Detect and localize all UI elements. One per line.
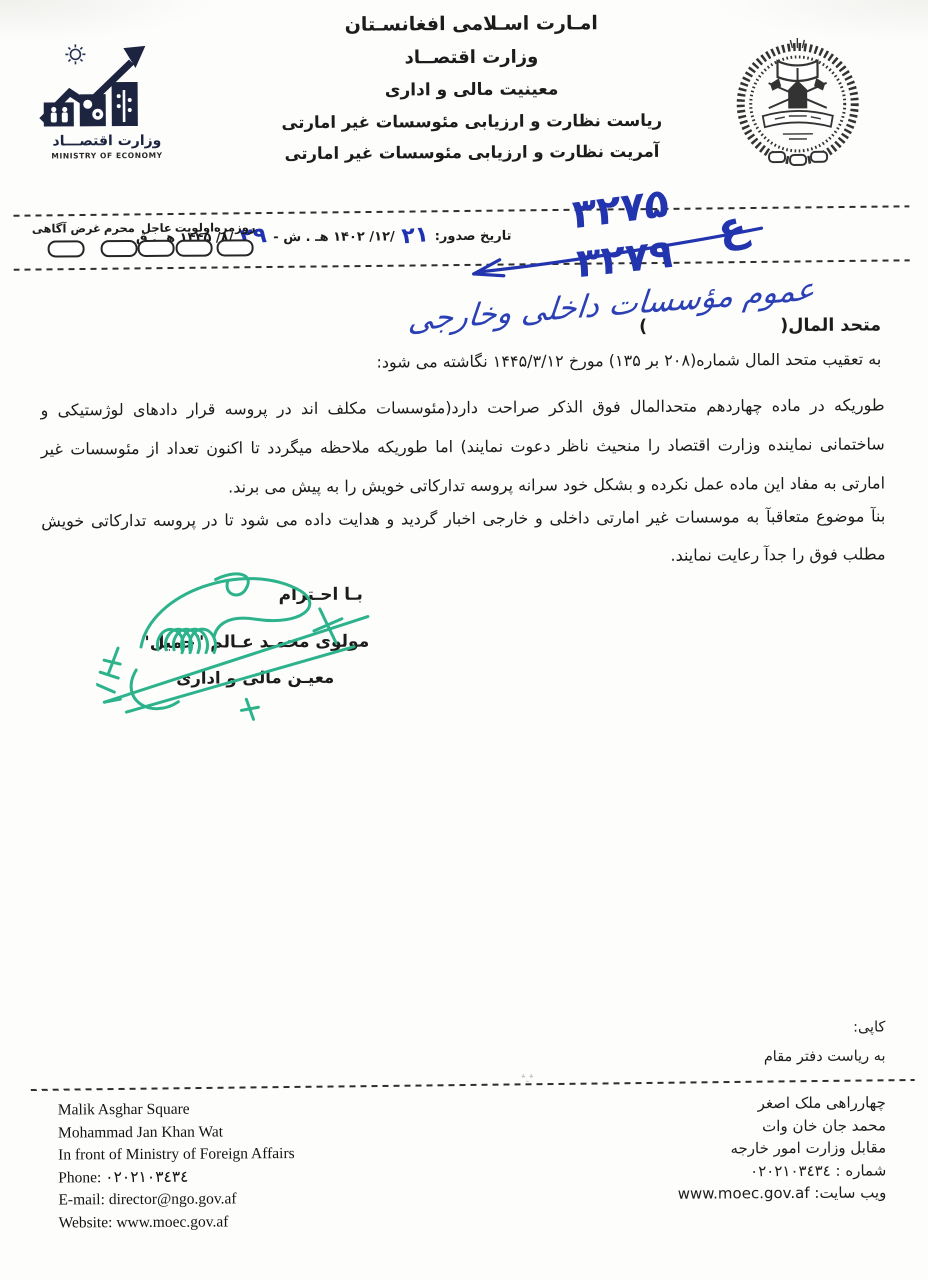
letterhead-line-directorate: ریاست نظارت و ارزیابی مئوسسات غیر امارتی <box>235 110 709 132</box>
letterhead-line-department: آمریت نظارت و ارزیابی مئوسسات غیر امارتی <box>235 141 709 163</box>
reference-intro-line: به تعقیب متحد المال شماره(۲۰۸ بر ۱۳۵) مو… <box>43 349 881 373</box>
checkbox-priority: اولویت <box>175 221 214 257</box>
handwritten-signature-ink <box>95 550 394 724</box>
checkbox-priority-box <box>176 240 213 257</box>
handwritten-underline-swoosh <box>459 186 790 308</box>
letterhead-line-deputy: معینیت مالی و اداری <box>235 78 709 101</box>
footer-persian: چهارراهی ملک اصغر محمد جان خان وات مقابل… <box>601 1091 887 1205</box>
handwritten-solar-day: ۲۱ <box>402 235 429 238</box>
solar-date-printed: /۱۲/ ۱۴۰۲ هـ . ش - <box>273 229 395 245</box>
footer-en-address-3: In front of Ministry of Foreign Affairs <box>58 1143 295 1167</box>
handwritten-reference-numbers: ۳۲۷۵ ع ۳۲۷۹ <box>459 186 790 308</box>
subject-printed-open: متحد المال( <box>780 315 881 336</box>
footer-fa-website-label: ویب سایت: <box>814 1183 886 1201</box>
copy-recipient: به ریاست دفتر مقام <box>602 1042 885 1073</box>
footer-fa-address-3: مقابل وزارت امور خارجه <box>601 1136 886 1160</box>
footer-en-website-label: Website: <box>58 1214 112 1231</box>
footer-fa-phone-label: شماره : <box>835 1161 886 1179</box>
logo-title-farsi: وزارت اقتصـــاد <box>25 133 189 150</box>
footer-fa-website-value: www.moec.gov.af <box>678 1184 810 1203</box>
footer-en-phone-value: ٠٢٠٢١٠٣٤٣٤ <box>105 1168 188 1186</box>
footer-en-email-label: E-mail: <box>58 1191 105 1208</box>
footer-fa-website: ویب سایت: www.moec.gov.af <box>601 1181 886 1205</box>
body-paragraph-1: طوریکه در ماده چهاردهم متحدالمال فوق الذ… <box>40 385 885 507</box>
checkbox-confidential-box <box>101 240 138 257</box>
checkbox-urgent-label: عاجل <box>138 221 175 235</box>
ministry-of-economy-logo: وزارت اقتصـــاد MINISTRY OF ECONOMY <box>24 42 189 161</box>
footer-en-website: Website: www.moec.gov.af <box>58 1211 295 1235</box>
checkbox-confidential-label: محرم <box>101 221 138 235</box>
checkbox-priority-label: اولویت <box>175 221 214 235</box>
footer-fa-address-2: محمد جان خان وات <box>601 1114 886 1138</box>
checkbox-urgent-box <box>138 240 175 257</box>
checkbox-routine: روزمره <box>214 220 256 256</box>
footer-en-email-value: director@ngo.gov.af <box>109 1190 237 1208</box>
footer-divider <box>31 1079 915 1091</box>
letterhead: امـارت اسـلامی افغانسـتان وزارت اقتصــاد… <box>234 11 709 175</box>
footer-fa-phone: شماره : ٠٢٠٢١٠٣٤٣٤ <box>601 1159 886 1183</box>
scan-smudge: ؞ـ؞ <box>521 1075 534 1085</box>
logo-title-english: MINISTRY OF ECONOMY <box>25 151 189 161</box>
economy-growth-chart-icon <box>31 42 182 129</box>
scanned-letter-page: امـارت اسـلامی افغانسـتان وزارت اقتصــاد… <box>0 0 928 1280</box>
checkbox-urgent: عاجل <box>138 221 175 257</box>
footer-en-email: E-mail: director@ngo.gov.af <box>58 1188 295 1212</box>
footer-en-phone-label: Phone: <box>58 1169 101 1186</box>
letterhead-line-state: امـارت اسـلامی افغانسـتان <box>234 11 708 36</box>
checkbox-for-information: غرض آگاهی <box>32 221 101 257</box>
classification-checkboxes: روزمره اولویت عاجل محرم غرض آگاهی <box>33 220 255 257</box>
checkbox-routine-box <box>216 239 253 256</box>
footer-en-address-2: Mohammad Jan Khan Wat <box>58 1121 295 1145</box>
checkbox-routine-label: روزمره <box>214 220 256 234</box>
footer-en-phone: Phone: ٠٢٠٢١٠٣٤٣٤ <box>58 1166 295 1190</box>
footer-english: Malik Asghar Square Mohammad Jan Khan Wa… <box>58 1098 295 1234</box>
checkbox-for-information-box <box>48 240 85 257</box>
checkbox-for-information-label: غرض آگاهی <box>32 221 101 235</box>
checkbox-confidential: محرم <box>101 221 138 257</box>
footer-en-website-value: www.moec.gov.af <box>116 1213 228 1231</box>
footer-fa-address-1: چهارراهی ملک اصغر <box>601 1091 886 1115</box>
copy-label: کاپی: <box>602 1013 885 1044</box>
letter-sheet: امـارت اسـلامی افغانسـتان وزارت اقتصــاد… <box>0 0 928 1280</box>
footer-fa-phone-value: ٠٢٠٢١٠٣٤٣٤ <box>750 1161 831 1179</box>
footer-en-address-1: Malik Asghar Square <box>58 1098 295 1122</box>
afghanistan-national-emblem-icon <box>722 27 873 173</box>
letterhead-line-ministry: وزارت اقتصــاد <box>234 45 708 69</box>
copy-section: کاپی: به ریاست دفتر مقام <box>602 1013 885 1073</box>
